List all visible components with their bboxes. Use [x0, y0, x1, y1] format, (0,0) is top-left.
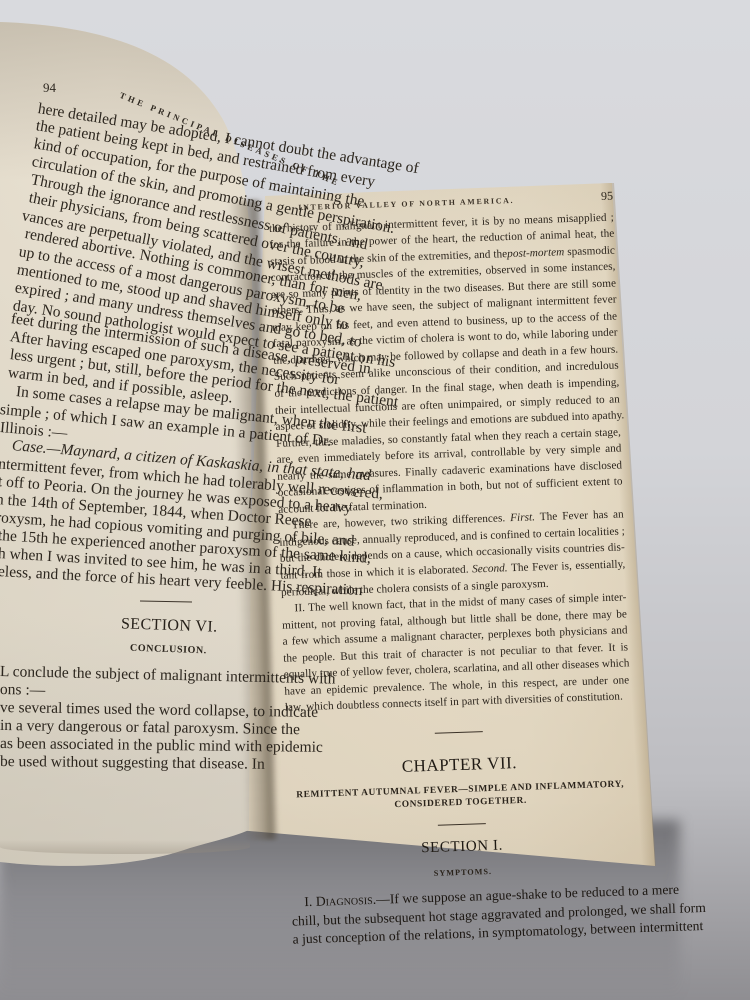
photo-scene: INTERIOR VALLEY OF NORTH AMERICA. 95 the… — [0, 0, 750, 1000]
page-number: 95 — [601, 188, 614, 205]
paragraph-malignant-character: II. The well known fact, that in the mid… — [281, 589, 630, 716]
text-line: ons :— — [0, 681, 45, 700]
diagnosis-heading: Diagnosis. — [316, 892, 377, 909]
left-page-bottom-edge — [0, 840, 250, 854]
chapter-subtitle: REMITTENT AUTUMNAL FEVER—SIMPLE AND INFL… — [288, 778, 634, 816]
section-title: SECTION VI. — [121, 615, 218, 636]
chapter-title: CHAPTER VII. — [287, 749, 632, 780]
text-line: be used without suggesting that disease.… — [0, 753, 265, 774]
chapter-divider-rule — [437, 823, 485, 826]
section-title: SECTION I. — [289, 833, 634, 861]
italic-term: post-mortem — [507, 246, 564, 260]
page-number: 94 — [43, 80, 56, 96]
section-subtitle: SYMPTOMS. — [290, 859, 635, 887]
paragraph-diagnosis: I. Diagnosis.—If we suppose an ague-shak… — [291, 882, 638, 949]
section-divider-rule — [434, 731, 482, 734]
